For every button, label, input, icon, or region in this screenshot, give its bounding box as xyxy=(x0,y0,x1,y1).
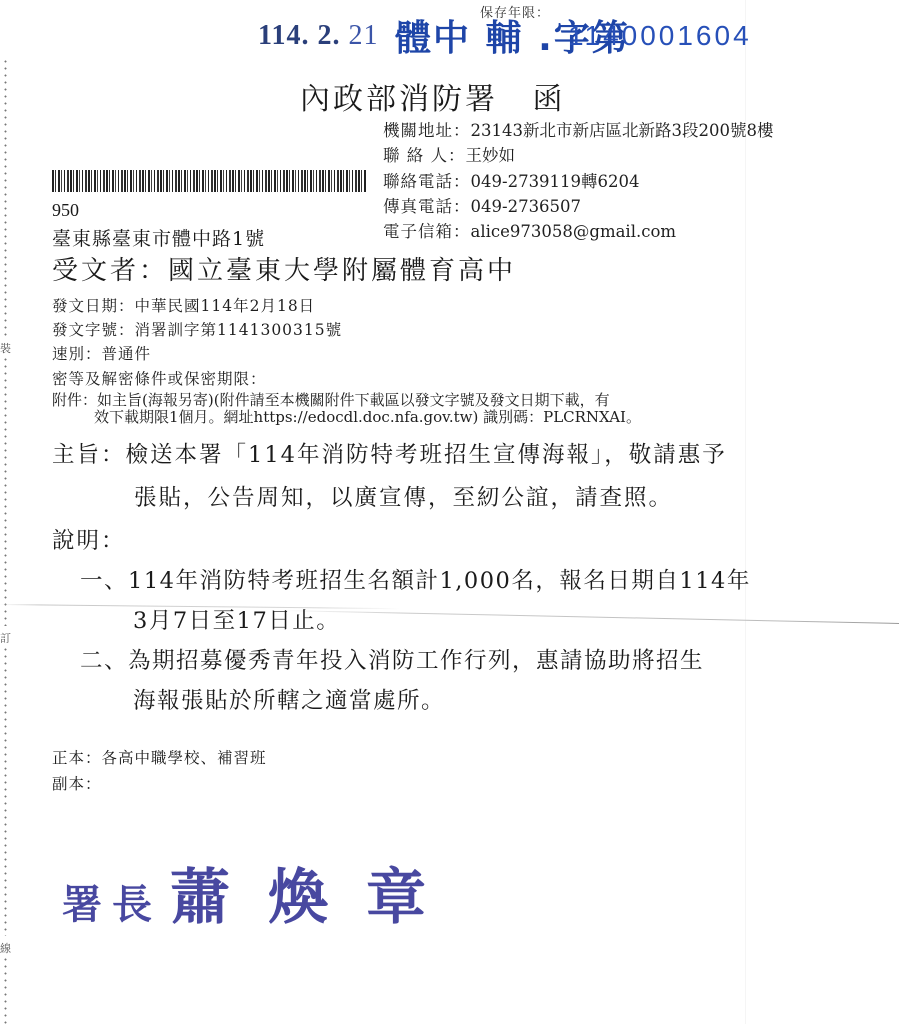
document-number: 發文字號：消署訓字第1141300315號 xyxy=(52,318,342,340)
postal-code: 950 xyxy=(52,200,79,221)
document-type: 函 xyxy=(533,82,566,117)
attachment-line-2: 效下載期限1個月。網址https://edocdl.doc.nfa.gov.tw… xyxy=(52,409,641,426)
binding-label-zhuang: 裝 xyxy=(0,340,11,356)
original-recipients: 正本：各高中職學校、補習班 xyxy=(52,746,267,768)
binding-margin: 裝 訂 線 xyxy=(0,0,22,1024)
binding-label-xian: 線 xyxy=(0,940,11,956)
subject: 主旨：檢送本署「114年消防特考班招生宣傳海報」，敬請惠予 xyxy=(52,437,727,469)
recipient-label: 受文者： xyxy=(52,256,168,286)
binding-label-ding: 訂 xyxy=(0,630,11,646)
recipient-name: 國立臺東大學附屬體育高中 xyxy=(168,256,516,286)
subject-line-2: 張貼，公告周知，以廣宣傳，至紉公誼，請查照。 xyxy=(134,480,673,512)
issue-date: 發文日期：中華民國114年2月18日 xyxy=(52,294,315,316)
explanation-label: 說明： xyxy=(52,523,126,555)
organization-name: 內政部消防署 xyxy=(300,82,498,117)
document-title: 內政部消防署 函 xyxy=(300,74,566,118)
sender-fax: 傳真電話：049-2736507 xyxy=(383,199,581,216)
signature-title: 署長 xyxy=(62,881,162,928)
explanation-item-1-line-2: 3月7日至17日止。 xyxy=(133,603,340,635)
receipt-stamp-number: 1140001604 xyxy=(568,20,752,52)
attachment-line-1: 如主旨(海報另寄)(附件請至本機關附件下載區以發文字號及發文日期下載，有 xyxy=(97,391,610,409)
subject-line-1: 檢送本署「114年消防特考班招生宣傳海報」，敬請惠予 xyxy=(126,442,727,468)
binding-dotted-line xyxy=(4,646,7,936)
director-signature-stamp: 署長蕭煥章 xyxy=(62,850,464,936)
explanation-item-1: 一、114年消防特考班招生名額計1,000名，報名日期自114年 xyxy=(80,563,751,595)
attachment: 附件：如主旨(海報另寄)(附件請至本機關附件下載區以發文字號及發文日期下載，有 … xyxy=(52,392,641,426)
classification: 密等及解密條件或保密期限： xyxy=(52,367,267,389)
sender-address: 機關地址：23143新北市新店區北新路3段200號8樓 xyxy=(383,123,773,140)
recipient: 受文者：國立臺東大學附屬體育高中 xyxy=(52,250,516,287)
explanation-item-2-line-2: 海報張貼於所轄之適當處所。 xyxy=(133,683,445,715)
sender-phone: 聯絡電話：049-2739119轉6204 xyxy=(383,174,640,191)
binding-dotted-line xyxy=(4,356,7,626)
receipt-stamp-date-prefix: 114. 2. xyxy=(258,20,348,51)
paper-crease xyxy=(280,610,899,624)
item-marker: 一、 xyxy=(80,568,128,594)
item-marker: 二、 xyxy=(80,648,128,674)
sender-email: 電子信箱：alice973058@gmail.com xyxy=(383,224,676,241)
copy-recipients: 副本： xyxy=(52,772,102,794)
sender-contact-person: 聯 絡 人：王妙如 xyxy=(383,148,515,165)
explanation-item-2: 二、為期招募優秀青年投入消防工作行列，惠請協助將招生 xyxy=(80,643,704,675)
receipt-stamp-date-day: 21 xyxy=(348,20,378,51)
postal-barcode xyxy=(52,170,366,192)
signature-name: 蕭煥章 xyxy=(170,863,464,933)
delivery-speed: 速別：普通件 xyxy=(52,342,151,364)
attachment-label: 附件： xyxy=(52,391,97,409)
scan-artifact-line xyxy=(745,0,746,1024)
receipt-stamp-date: 114. 2. 21 xyxy=(258,20,378,52)
binding-dotted-line xyxy=(4,956,7,1024)
subject-label: 主旨： xyxy=(52,442,126,468)
recipient-address: 臺東縣臺東市體中路1號 xyxy=(52,224,265,251)
binding-dotted-line xyxy=(4,58,7,338)
